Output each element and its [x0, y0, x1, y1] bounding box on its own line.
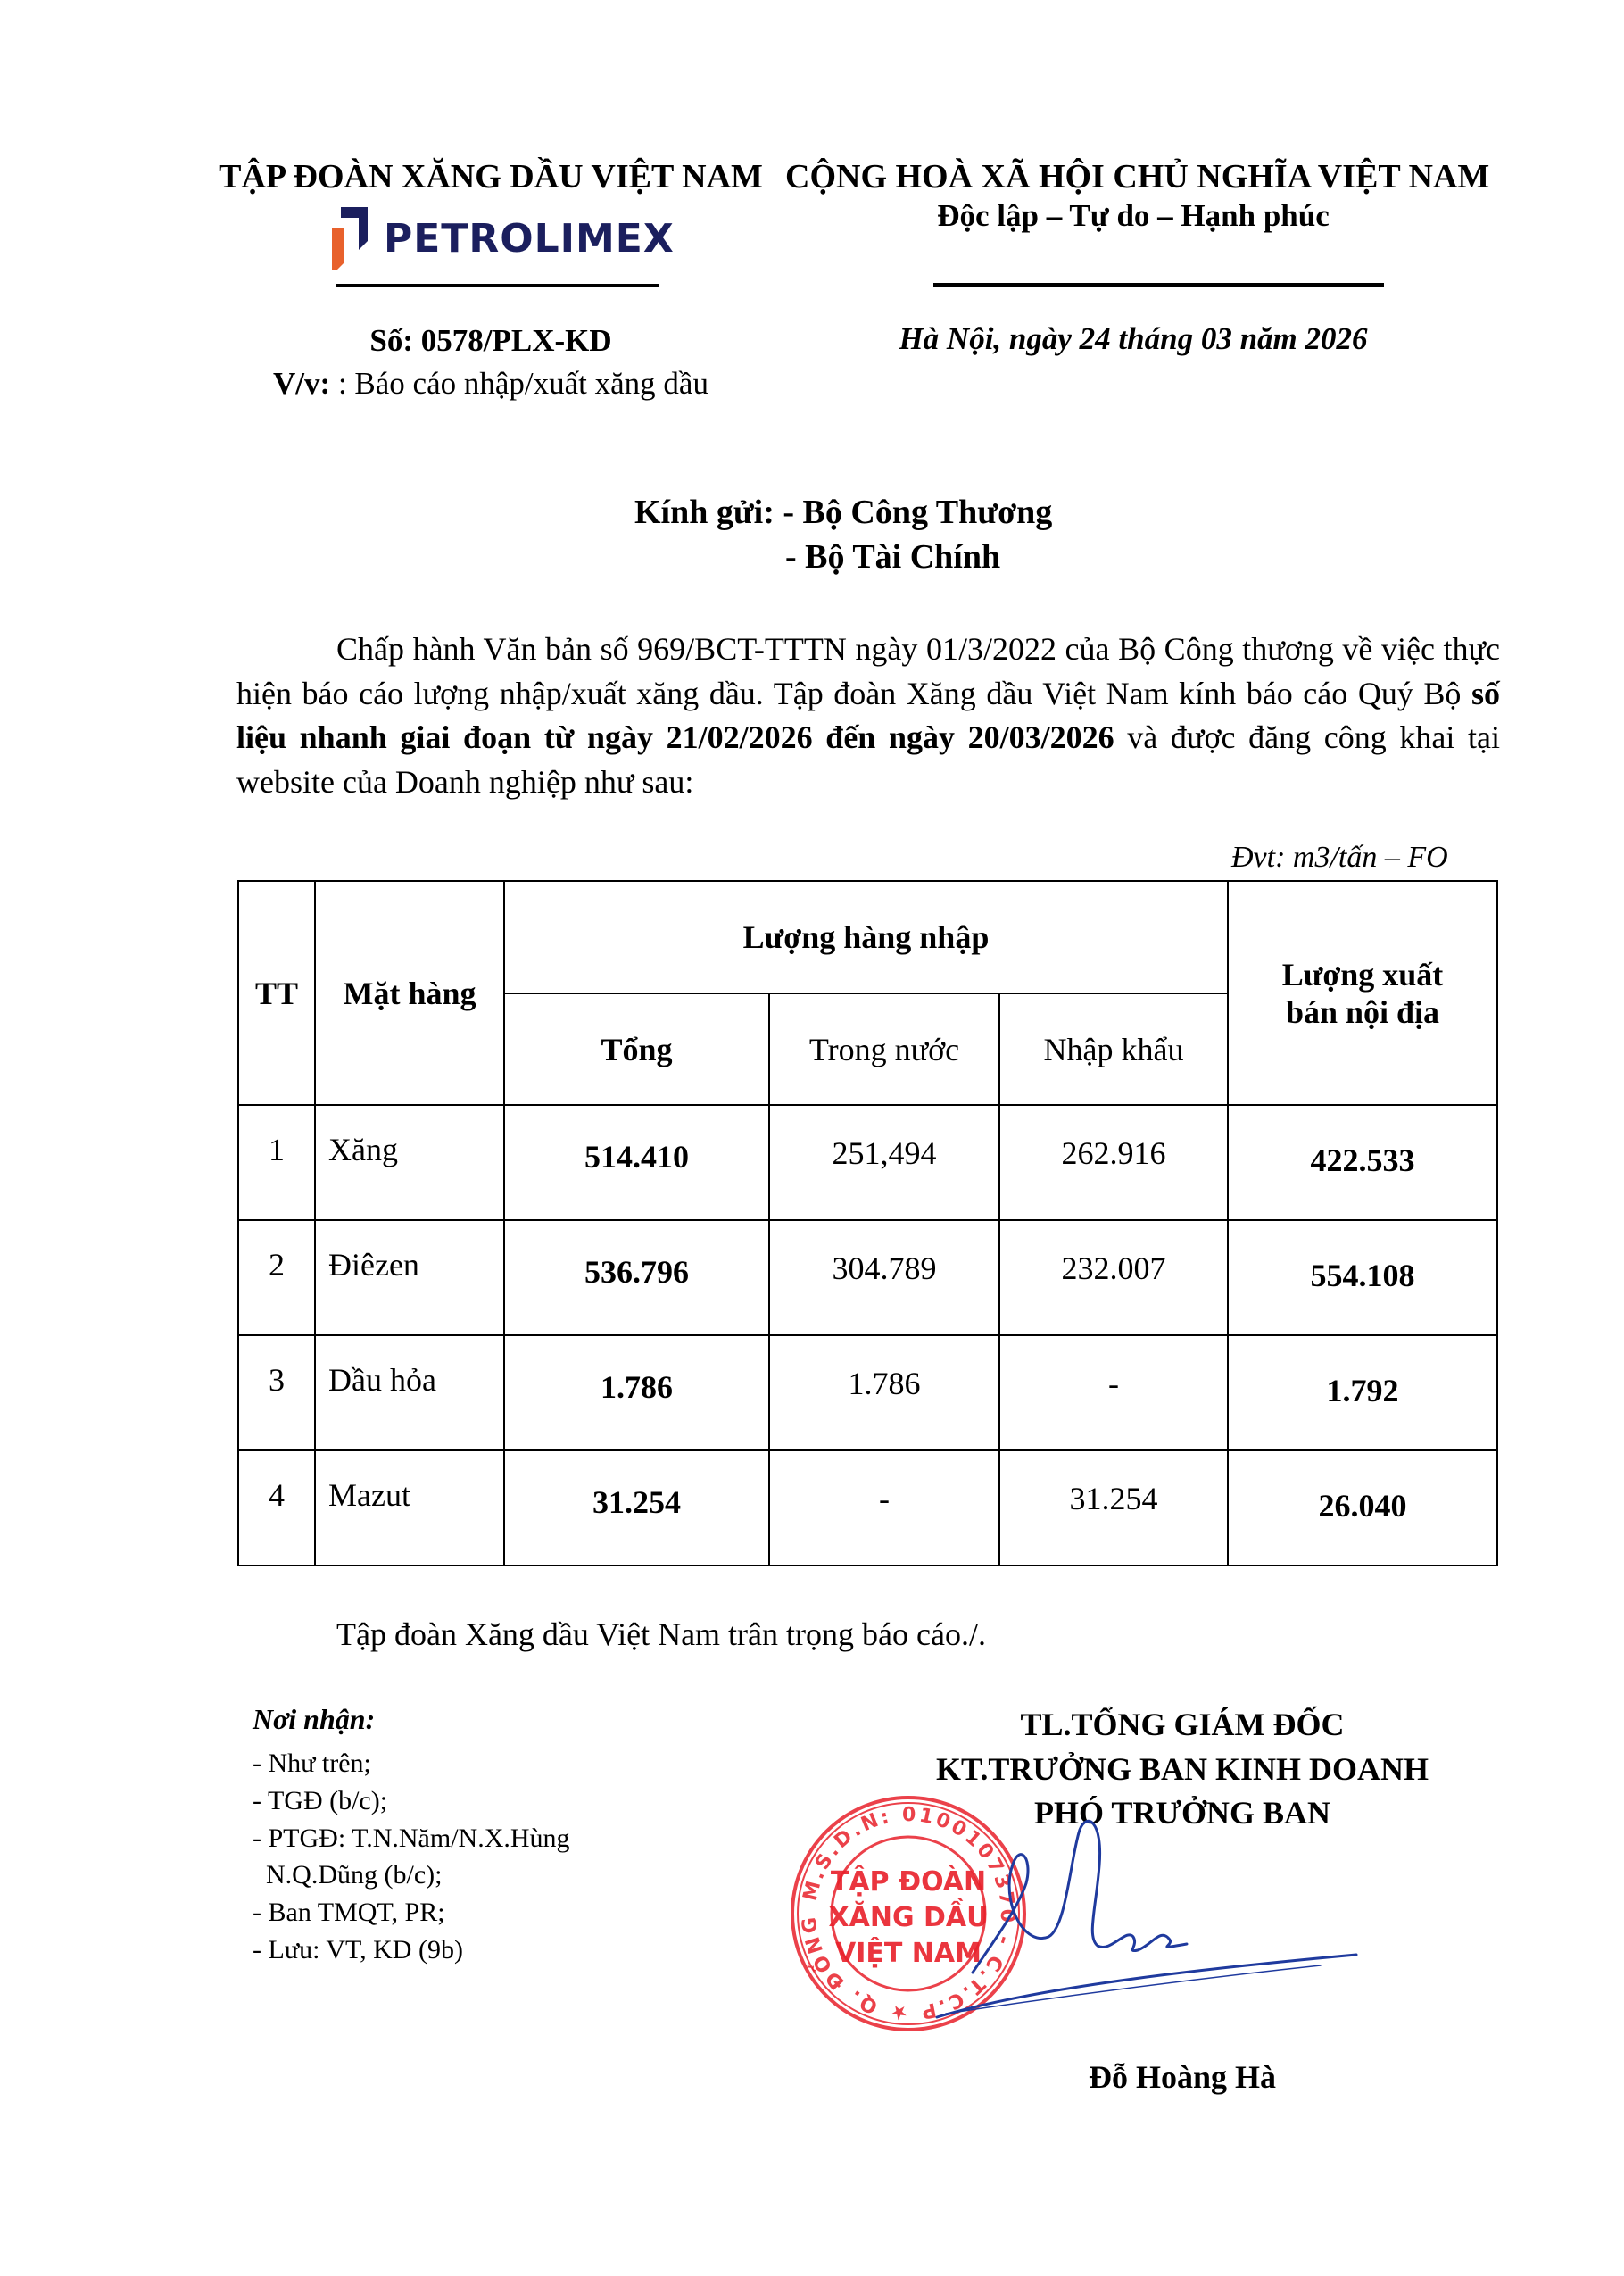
recipients-list: - Như trên; - TGĐ (b/c); - PTGĐ: T.N.Năm…: [253, 1745, 570, 1969]
subject-text: : Báo cáo nhập/xuất xăng dầu: [330, 366, 708, 401]
row-number-cell: 2: [238, 1220, 315, 1335]
recipients-title: Nơi nhận:: [253, 1703, 375, 1736]
unit-label: Đvt: m3/tấn – FO: [1231, 841, 1448, 875]
row-number: 3: [239, 1336, 314, 1399]
row-domestic: 304.789: [770, 1221, 998, 1287]
header-item: Mặt hàng: [315, 881, 504, 1105]
row-domestic-sales-cell: 554.108: [1228, 1220, 1497, 1335]
header-divider-right: [933, 283, 1384, 287]
document-subject: V/v: : Báo cáo nhập/xuất xăng dầu: [205, 366, 776, 402]
body-text: Chấp hành Văn bản số 969/BCT-TTTN ngày 0…: [236, 631, 1500, 711]
row-imported: 31.254: [1000, 1451, 1227, 1517]
petrolimex-logo-icon: [332, 207, 371, 270]
row-imported: -: [1000, 1336, 1227, 1402]
row-total-cell: 536.796: [504, 1220, 769, 1335]
subject-label: V/v:: [273, 366, 330, 401]
header-import-group: Lượng hàng nhập: [504, 881, 1228, 993]
addressee-line-2: - Bộ Tài Chính: [785, 537, 1000, 577]
row-total-cell: 31.254: [504, 1450, 769, 1566]
row-domestic-cell: 1.786: [769, 1335, 999, 1450]
row-item-name-cell: Mazut: [315, 1450, 504, 1566]
row-number: 2: [239, 1221, 314, 1283]
row-imported: 232.007: [1000, 1221, 1227, 1287]
row-item-name: Điêzen: [328, 1221, 503, 1283]
national-motto: Độc lập – Tự do – Hạnh phúc: [785, 198, 1481, 234]
recipient-item: - Ban TMQT, PR;: [253, 1894, 570, 1931]
recipient-item: - TGĐ (b/c);: [253, 1782, 570, 1820]
import-export-table: TT Mặt hàng Lượng hàng nhập Lượng xuất b…: [237, 880, 1498, 1566]
header-domestic: Trong nước: [769, 993, 999, 1105]
row-item-name-cell: Dầu hỏa: [315, 1335, 504, 1450]
row-domestic-sales-cell: 422.533: [1228, 1105, 1497, 1220]
row-number-cell: 1: [238, 1105, 315, 1220]
row-total: 514.410: [505, 1106, 768, 1175]
row-domestic: 251,494: [770, 1106, 998, 1172]
row-domestic-cell: 251,494: [769, 1105, 999, 1220]
logo-text: PETROLIMEX: [384, 216, 675, 262]
row-domestic-sales: 1.792: [1229, 1336, 1496, 1409]
signature-title-line-1: TL.TỔNG GIÁM ĐỐC: [803, 1703, 1562, 1748]
addressee-line-1: Kính gửi: - Bộ Công Thương: [634, 493, 1052, 532]
row-domestic: -: [770, 1451, 998, 1517]
organization-name: TẬP ĐOÀN XĂNG DẦU VIỆT NAM: [205, 157, 776, 196]
table-row: 4Mazut31.254-31.25426.040: [238, 1450, 1497, 1566]
row-number-cell: 4: [238, 1450, 315, 1566]
row-item-name: Mazut: [328, 1451, 503, 1514]
header-divider-left: [336, 284, 659, 287]
header-imported: Nhập khẩu: [999, 993, 1228, 1105]
row-imported-cell: 232.007: [999, 1220, 1228, 1335]
row-total-cell: 1.786: [504, 1335, 769, 1450]
row-imported-cell: 31.254: [999, 1450, 1228, 1566]
signer-name: Đỗ Hoàng Hà: [803, 2058, 1562, 2096]
row-number-cell: 3: [238, 1335, 315, 1450]
row-imported-cell: -: [999, 1335, 1228, 1450]
row-domestic-sales: 26.040: [1229, 1451, 1496, 1524]
addressee-item: - Bộ Công Thương: [783, 494, 1052, 531]
recipient-item: - Như trên;: [253, 1745, 570, 1782]
table-row: 1Xăng514.410251,494262.916422.533: [238, 1105, 1497, 1220]
row-total-cell: 514.410: [504, 1105, 769, 1220]
body-paragraph: Chấp hành Văn bản số 969/BCT-TTTN ngày 0…: [236, 627, 1500, 805]
row-imported-cell: 262.916: [999, 1105, 1228, 1220]
addressee-item: - Bộ Tài Chính: [785, 538, 1000, 576]
recipient-item: - Lưu: VT, KD (9b): [253, 1931, 570, 1969]
table-row: 2Điêzen536.796304.789232.007554.108: [238, 1220, 1497, 1335]
document-number: Số: 0578/PLX-KD: [205, 323, 776, 359]
signature-icon: [892, 1803, 1392, 2035]
header-tt: TT: [238, 881, 315, 1105]
row-total: 31.254: [505, 1451, 768, 1521]
row-total: 1.786: [505, 1336, 768, 1406]
row-item-name: Xăng: [328, 1106, 503, 1168]
row-domestic-sales-cell: 1.792: [1228, 1335, 1497, 1450]
national-title: CỘNG HOÀ XÃ HỘI CHỦ NGHĨA VIỆT NAM: [785, 157, 1481, 196]
row-domestic-sales: 422.533: [1229, 1106, 1496, 1179]
table-row: 3Dầu hỏa1.7861.786-1.792: [238, 1335, 1497, 1450]
handwritten-signature: [892, 1803, 1392, 2035]
petrolimex-logo: PETROLIMEX: [332, 207, 675, 270]
row-domestic-cell: -: [769, 1450, 999, 1566]
place-and-date: Hà Nội, ngày 24 tháng 03 năm 2026: [785, 321, 1481, 357]
header-sales-line-2: bán nội địa: [1229, 993, 1496, 1031]
row-domestic-sales-cell: 26.040: [1228, 1450, 1497, 1566]
closing-sentence: Tập đoàn Xăng dầu Việt Nam trân trọng bá…: [336, 1616, 986, 1653]
row-domestic-cell: 304.789: [769, 1220, 999, 1335]
row-number: 1: [239, 1106, 314, 1168]
recipient-item: - PTGĐ: T.N.Năm/N.X.Hùng: [253, 1820, 570, 1857]
recipient-item: N.Q.Dũng (b/c);: [253, 1857, 570, 1894]
addressee-label: Kính gửi:: [634, 494, 775, 531]
row-item-name-cell: Điêzen: [315, 1220, 504, 1335]
signature-title-line-2: KT.TRƯỞNG BAN KINH DOANH: [803, 1748, 1562, 1792]
header-domestic-sales: Lượng xuất bán nội địa: [1228, 881, 1497, 1105]
row-domestic: 1.786: [770, 1336, 998, 1402]
row-item-name-cell: Xăng: [315, 1105, 504, 1220]
row-number: 4: [239, 1451, 314, 1514]
row-total: 536.796: [505, 1221, 768, 1291]
row-item-name: Dầu hỏa: [328, 1336, 503, 1399]
header-total: Tổng: [504, 993, 769, 1105]
row-domestic-sales: 554.108: [1229, 1221, 1496, 1294]
header-sales-line-1: Lượng xuất: [1229, 956, 1496, 993]
row-imported: 262.916: [1000, 1106, 1227, 1172]
